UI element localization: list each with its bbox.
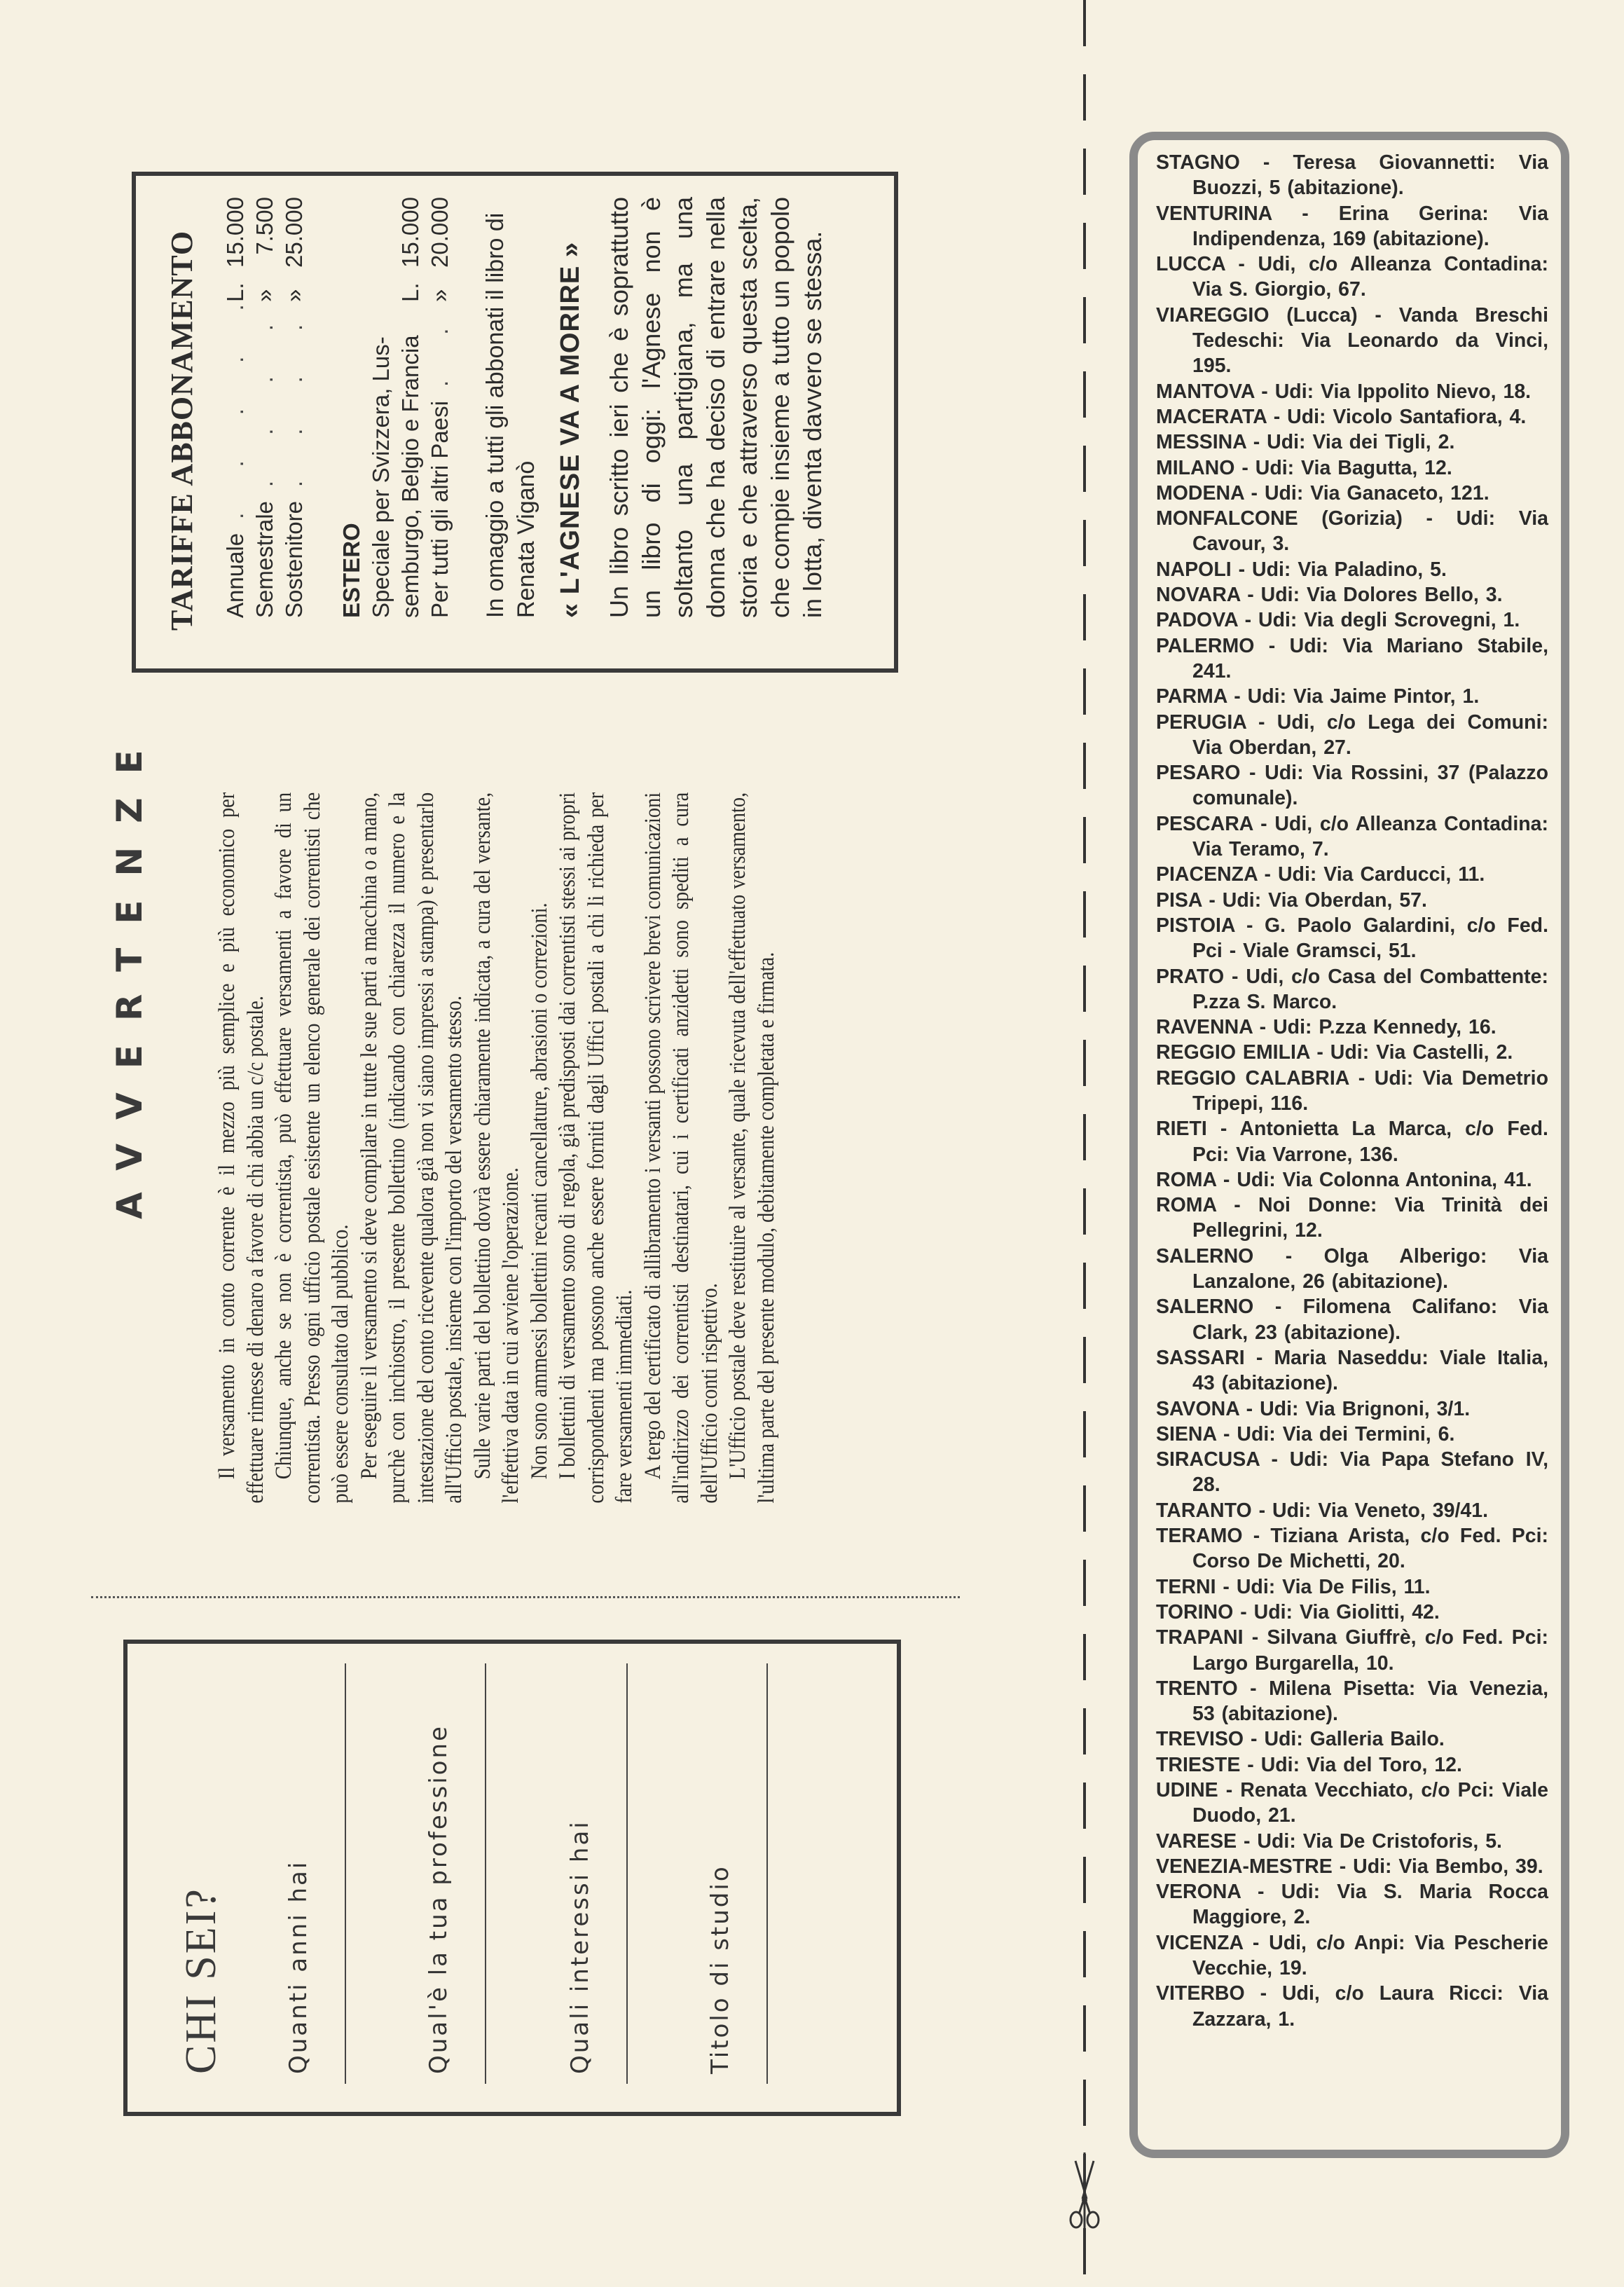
address-city: NAPOLI [1156,558,1232,581]
address-entry: MONFALCONE (Gorizia) - Udi: Via Cavour, … [1156,506,1548,557]
instruction-paragraph: L'Ufficio postale deve restituire al ver… [724,792,780,1504]
address-details: Udi: Via Carducci, 11. [1278,863,1485,886]
address-details: Udi: Vicolo Santafiora, 4. [1287,406,1526,428]
address-details: Udi, c/o Laura Ricci: Via Zazzara, 1. [1192,1982,1548,2030]
estero-other-rate: Per tutti gli altri Paesi . . » 20.000 [425,197,455,618]
instructions-title: AVVERTENZE [109,792,150,1527]
address-city: MONFALCONE (Gorizia) [1156,507,1403,530]
address-entry: MACERATA - Udi: Vicolo Santafiora, 4. [1156,404,1548,430]
address-details: Udi: Via De Cristoforis, 5. [1257,1830,1502,1853]
address-details: Udi: Via del Toro, 12. [1261,1754,1462,1776]
address-entry: SALERNO - Olga Alberigo: Via Lanzalone, … [1156,1244,1548,1295]
address-details: Udi: Via Paladino, 5. [1252,558,1447,581]
address-city: TARANTO [1156,1499,1252,1522]
address-city: ROMA [1156,1194,1216,1216]
address-city: MANTOVA [1156,380,1254,403]
address-city: PESCARA [1156,813,1253,835]
address-details: Udi: Via Ippolito Nievo, 18. [1275,380,1531,403]
instruction-paragraph: A tergo del certificato di allibramento … [639,792,724,1504]
address-entry: RAVENNA - Udi: P.zza Kennedy, 16. [1156,1015,1548,1040]
address-entry: VICENZA - Udi, c/o Anpi: Via Pescherie V… [1156,1930,1548,1982]
address-details: Tiziana Arista, c/o Fed. Pci: Corso De M… [1192,1525,1548,1572]
address-city: VICENZA [1156,1932,1243,1954]
address-entry: PADOVA - Udi: Via degli Scrovegni, 1. [1156,607,1548,633]
estero-title: ESTERO [337,197,366,618]
address-details: G. Paolo Galardini, c/o Fed. Pci - Viale… [1192,914,1548,962]
address-details: Udi: P.zza Kennedy, 16. [1273,1016,1496,1038]
address-details: Udi: Via Dolores Bello, 3. [1261,584,1503,606]
address-details: Udi, c/o Casa del Combattente: P.zza S. … [1192,966,1548,1013]
answer-line-profession[interactable] [485,1663,486,2084]
address-entry: SALERNO - Filomena Califano: Via Clark, … [1156,1294,1548,1345]
address-details: Udi: Galleria Bailo. [1264,1728,1444,1750]
rates-list: Annuale. . . . . . . . . .L.15.000Semest… [221,197,309,618]
address-city: TRIESTE [1156,1754,1240,1776]
address-entry: VITERBO - Udi, c/o Laura Ricci: Via Zazz… [1156,1981,1548,2032]
book-description: Un libro scritto ieri che è soprattutto … [603,197,829,618]
address-details: Udi: Via Oberdan, 57. [1223,889,1427,912]
question-profession: Qual'è la tua professione [425,1724,453,2074]
question-interests: Quali interessi hai [566,1820,594,2074]
address-city: SIRACUSA [1156,1448,1260,1471]
address-entry: VERONA - Udi: Via S. Maria Rocca Maggior… [1156,1879,1548,1930]
address-details: Udi: Via Castelli, 2. [1330,1041,1513,1064]
address-city: SALERNO [1156,1296,1253,1318]
address-city: PRATO [1156,966,1224,988]
address-details: Udi: Via Giolitti, 42. [1254,1601,1440,1623]
address-details: Udi: Via Brignoni, 3/1. [1260,1398,1470,1420]
address-city: PESARO [1156,762,1240,784]
address-city: PARMA [1156,685,1227,708]
question-education: Titolo di studio [706,1864,734,2074]
address-city: RIETI [1156,1118,1207,1140]
address-entry: TARANTO - Udi: Via Veneto, 39/41. [1156,1498,1548,1523]
questionnaire-title: CHI SEI? [177,1887,226,2074]
address-entry: MILANO - Udi: Via Bagutta, 12. [1156,455,1548,481]
rates-title: TARIFFE ABBONAMENTO [164,197,200,631]
address-details: Udi: Via Colonna Antonina, 41. [1237,1169,1532,1191]
address-city: LUCCA [1156,253,1225,275]
address-entry: TERAMO - Tiziana Arista, c/o Fed. Pci: C… [1156,1523,1548,1574]
address-city: VERONA [1156,1881,1241,1903]
address-details: Antonietta La Marca, c/o Fed. Pci: Via V… [1192,1118,1548,1165]
address-details: Udi: Via Bembo, 39. [1353,1855,1543,1878]
address-entry: PESCARA - Udi, c/o Alleanza Contadina: V… [1156,811,1548,863]
address-entry: SASSARI - Maria Naseddu: Viale Italia, 4… [1156,1345,1548,1396]
instruction-paragraph: Sulle varie parti del bollettino dovrà e… [469,792,525,1504]
address-entry: MESSINA - Udi: Via dei Tigli, 2. [1156,430,1548,455]
address-details: Udi: Via Bagutta, 12. [1255,457,1452,479]
address-entry: SAVONA - Udi: Via Brignoni, 3/1. [1156,1396,1548,1422]
address-city: TRENTO [1156,1677,1238,1700]
gift-text: In omaggio a tutti gli abbonati il libro… [480,197,542,618]
book-title: « L'AGNESE VA A MORIRE » [553,197,588,618]
rate-row: Annuale. . . . . . . . . .L.15.000 [221,197,250,618]
instruction-paragraph: Non sono ammessi bollettini recanti canc… [525,792,554,1504]
address-city: SAVONA [1156,1398,1239,1420]
address-entry: TRENTO - Milena Pisetta: Via Venezia, 53… [1156,1676,1548,1727]
address-city: UDINE [1156,1779,1218,1801]
address-details: Teresa Giovannetti: Via Buozzi, 5 (abita… [1192,151,1548,199]
address-entry: SIRACUSA - Udi: Via Papa Stefano IV, 28. [1156,1447,1548,1498]
address-city: MACERATA [1156,406,1267,428]
address-entry: NAPOLI - Udi: Via Paladino, 5. [1156,557,1548,582]
address-list-panel: STAGNO - Teresa Giovannetti: Via Buozzi,… [1129,132,1569,2158]
address-details: Udi: Via dei Termini, 6. [1237,1423,1454,1445]
answer-line-age[interactable] [345,1663,346,2084]
address-city: PISA [1156,889,1202,912]
instructions-body: Il versamento in conto corrente è il mez… [213,786,780,1527]
rate-row: Sostenitore. . . . . . . . . .»25.000 [280,197,309,618]
address-city: PADOVA [1156,609,1238,631]
estero-special-rate: Speciale per Svizzera, Lus- semburgo, Be… [366,197,425,618]
address-city: SASSARI [1156,1347,1245,1369]
address-city: TORINO [1156,1601,1233,1623]
address-details: Renata Vecchiato, c/o Pci: Viale Duodo, … [1192,1779,1548,1827]
address-entry: PALERMO - Udi: Via Mariano Stabile, 241. [1156,633,1548,685]
address-city: TERNI [1156,1576,1216,1598]
address-details: Udi: Via Jaime Pintor, 1. [1248,685,1480,708]
cut-line [1083,0,1086,2287]
instruction-paragraph: Chiunque, anche se non è correntista, pu… [270,792,355,1504]
dotted-divider [91,1596,960,1598]
address-entry: RIETI - Antonietta La Marca, c/o Fed. Pc… [1156,1116,1548,1167]
address-entry: TREVISO - Udi: Galleria Bailo. [1156,1726,1548,1752]
address-entry: VENTURINA - Erina Gerina: Via Indipenden… [1156,201,1548,252]
address-city: TERAMO [1156,1525,1243,1547]
address-entry: LUCCA - Udi, c/o Alleanza Contadina: Via… [1156,252,1548,303]
address-entry: REGGIO EMILIA - Udi: Via Castelli, 2. [1156,1040,1548,1065]
address-city: SALERNO [1156,1245,1253,1268]
address-city: REGGIO CALABRIA [1156,1067,1349,1090]
address-details: Udi: Via degli Scrovegni, 1. [1258,609,1520,631]
address-city: ROMA [1156,1169,1216,1191]
address-details: Udi: Via S. Maria Rocca Maggiore, 2. [1192,1881,1548,1928]
address-entry: PESARO - Udi: Via Rossini, 37 (Palazzo c… [1156,760,1548,811]
address-city: PIACENZA [1156,863,1258,886]
scissors-icon [1064,2152,1106,2230]
instruction-paragraph: Per eseguire il versamento si deve compi… [355,792,469,1504]
address-details: Udi: Via Veneto, 39/41. [1272,1499,1488,1522]
address-city: NOVARA [1156,584,1240,606]
address-entry: NOVARA - Udi: Via Dolores Bello, 3. [1156,582,1548,607]
address-city: VENTURINA [1156,202,1272,225]
address-entry: PISA - Udi: Via Oberdan, 57. [1156,888,1548,913]
address-city: TREVISO [1156,1728,1244,1750]
address-entry: PERUGIA - Udi, c/o Lega dei Comuni: Via … [1156,710,1548,761]
instructions-section: AVVERTENZE Il versamento in conto corren… [105,792,904,1527]
address-city: TRAPANI [1156,1626,1244,1649]
address-city: MESSINA [1156,431,1246,453]
address-details: Milena Pisetta: Via Venezia, 53 (abitazi… [1192,1677,1548,1725]
address-city: STAGNO [1156,151,1240,174]
address-entry: PARMA - Udi: Via Jaime Pintor, 1. [1156,684,1548,709]
address-city: RAVENNA [1156,1016,1253,1038]
address-entry: ROMA - Udi: Via Colonna Antonina, 41. [1156,1167,1548,1193]
address-entry: TERNI - Udi: Via De Filis, 11. [1156,1574,1548,1600]
answer-line-education[interactable] [766,1663,768,2084]
address-entry: PISTOIA - G. Paolo Galardini, c/o Fed. P… [1156,913,1548,964]
instruction-paragraph: Il versamento in conto corrente è il mez… [213,792,270,1504]
address-details: Udi: Via De Filis, 11. [1237,1576,1431,1598]
address-entry: REGGIO CALABRIA - Udi: Via Demetrio Trip… [1156,1066,1548,1117]
address-entry: TORINO - Udi: Via Giolitti, 42. [1156,1600,1548,1625]
question-age: Quanti anni hai [284,1860,312,2074]
address-entry: VARESE - Udi: Via De Cristoforis, 5. [1156,1829,1548,1854]
questionnaire-box: CHI SEI? Quanti anni hai Qual'è la tua p… [123,1640,901,2116]
address-city: PISTOIA [1156,914,1234,937]
address-details: Udi: Via Ganaceto, 121. [1265,482,1489,504]
address-city: MILANO [1156,457,1234,479]
address-city: PERUGIA [1156,711,1246,734]
address-details: Udi, c/o Lega dei Comuni: Via Oberdan, 2… [1192,711,1548,759]
address-details: Udi: Via dei Tigli, 2. [1267,431,1454,453]
address-entry: MANTOVA - Udi: Via Ippolito Nievo, 18. [1156,379,1548,404]
instruction-paragraph: I bollettini di versamento sono di regol… [553,792,639,1504]
address-entry: ROMA - Noi Donne: Via Trinità dei Pelleg… [1156,1193,1548,1244]
address-details: Noi Donne: Via Trinità dei Pellegrini, 1… [1192,1194,1548,1242]
address-entry: TRIESTE - Udi: Via del Toro, 12. [1156,1752,1548,1778]
address-entry: UDINE - Renata Vecchiato, c/o Pci: Viale… [1156,1778,1548,1829]
answer-line-interests[interactable] [626,1663,628,2084]
address-city: VIAREGGIO (Lucca) [1156,304,1358,327]
address-city: PALERMO [1156,635,1254,657]
address-entry: VIAREGGIO (Lucca) - Vanda Breschi Tedesc… [1156,303,1548,379]
address-entry: TRAPANI - Silvana Giuffrè, c/o Fed. Pci:… [1156,1625,1548,1676]
rate-row: Semestrale. . . . . . . . . .»7.500 [250,197,280,618]
address-entry: PIACENZA - Udi: Via Carducci, 11. [1156,862,1548,887]
address-city: VITERBO [1156,1982,1245,2005]
address-details: Udi, c/o Anpi: Via Pescherie Vecchie, 19… [1192,1932,1548,1979]
address-city: VARESE [1156,1830,1237,1853]
address-city: SIENA [1156,1423,1216,1445]
address-entry: STAGNO - Teresa Giovannetti: Via Buozzi,… [1156,150,1548,201]
address-details: Udi: Via Rossini, 37 (Palazzo comunale). [1192,762,1548,809]
address-details: Udi, c/o Alleanza Contadina: Via S. Gior… [1192,253,1548,301]
address-city: VENEZIA-MESTRE [1156,1855,1333,1878]
address-entry: PRATO - Udi, c/o Casa del Combattente: P… [1156,964,1548,1015]
address-entry: MODENA - Udi: Via Ganaceto, 121. [1156,481,1548,506]
address-details: Maria Naseddu: Viale Italia, 43 (abitazi… [1192,1347,1548,1394]
address-city: REGGIO EMILIA [1156,1041,1309,1064]
subscription-rates-box: TARIFFE ABBONAMENTO Annuale. . . . . . .… [132,172,898,673]
address-details: Silvana Giuffrè, c/o Fed. Pci: Largo Bur… [1192,1626,1548,1674]
address-entry: VENEZIA-MESTRE - Udi: Via Bembo, 39. [1156,1854,1548,1879]
address-city: MODENA [1156,482,1244,504]
address-entry: SIENA - Udi: Via dei Termini, 6. [1156,1422,1548,1447]
